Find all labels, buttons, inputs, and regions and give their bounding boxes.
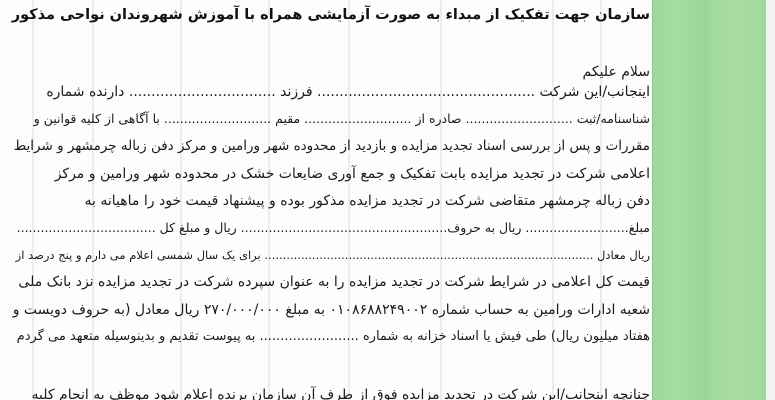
- paragraph-line: هفتاد میلیون ریال) طی فیش یا اسناد خزانه…: [17, 328, 650, 346]
- form-body: سازمان جهت تفکیک از مبداء به صورت آزمایش…: [8, 0, 650, 400]
- form-line-id: شناسنامه/ثبت ...........................…: [34, 110, 650, 128]
- paragraph-line: مقررات و پس از بررسی اسناد تجدید مزایده …: [14, 137, 650, 155]
- green-margin-strip: [652, 0, 767, 400]
- paragraph-line: قیمت کل اعلامی در شرایط شرکت در تجدید مز…: [18, 273, 650, 291]
- greeting: سلام علیکم: [583, 63, 650, 81]
- document-title: سازمان جهت تفکیک از مبداء به صورت آزمایش…: [12, 6, 650, 24]
- form-line-amount: مبلغ.......................... ریال به ح…: [17, 219, 650, 237]
- form-line-equivalent: ریال معادل .............................…: [16, 246, 650, 264]
- paragraph-line-cut: چنانچه اینجانب/این شرکت در تجدید مزایده …: [32, 386, 650, 400]
- paragraph-line-account: شعبه ادارات ورامین به حساب شماره ۰۱۰۸۶۸۸…: [13, 301, 650, 319]
- paragraph-line: اعلامی شرکت در تجدید مزایده بابت تفکیک و…: [55, 165, 650, 183]
- scanned-document-page: سازمان جهت تفکیک از مبداء به صورت آزمایش…: [0, 0, 775, 400]
- form-line-applicant: اینجانب/این شرکت .......................…: [46, 83, 650, 101]
- paragraph-line: دفن زباله چرمشهر متقاضی شرکت در تجدید مز…: [85, 192, 650, 210]
- page-edge: [766, 0, 775, 400]
